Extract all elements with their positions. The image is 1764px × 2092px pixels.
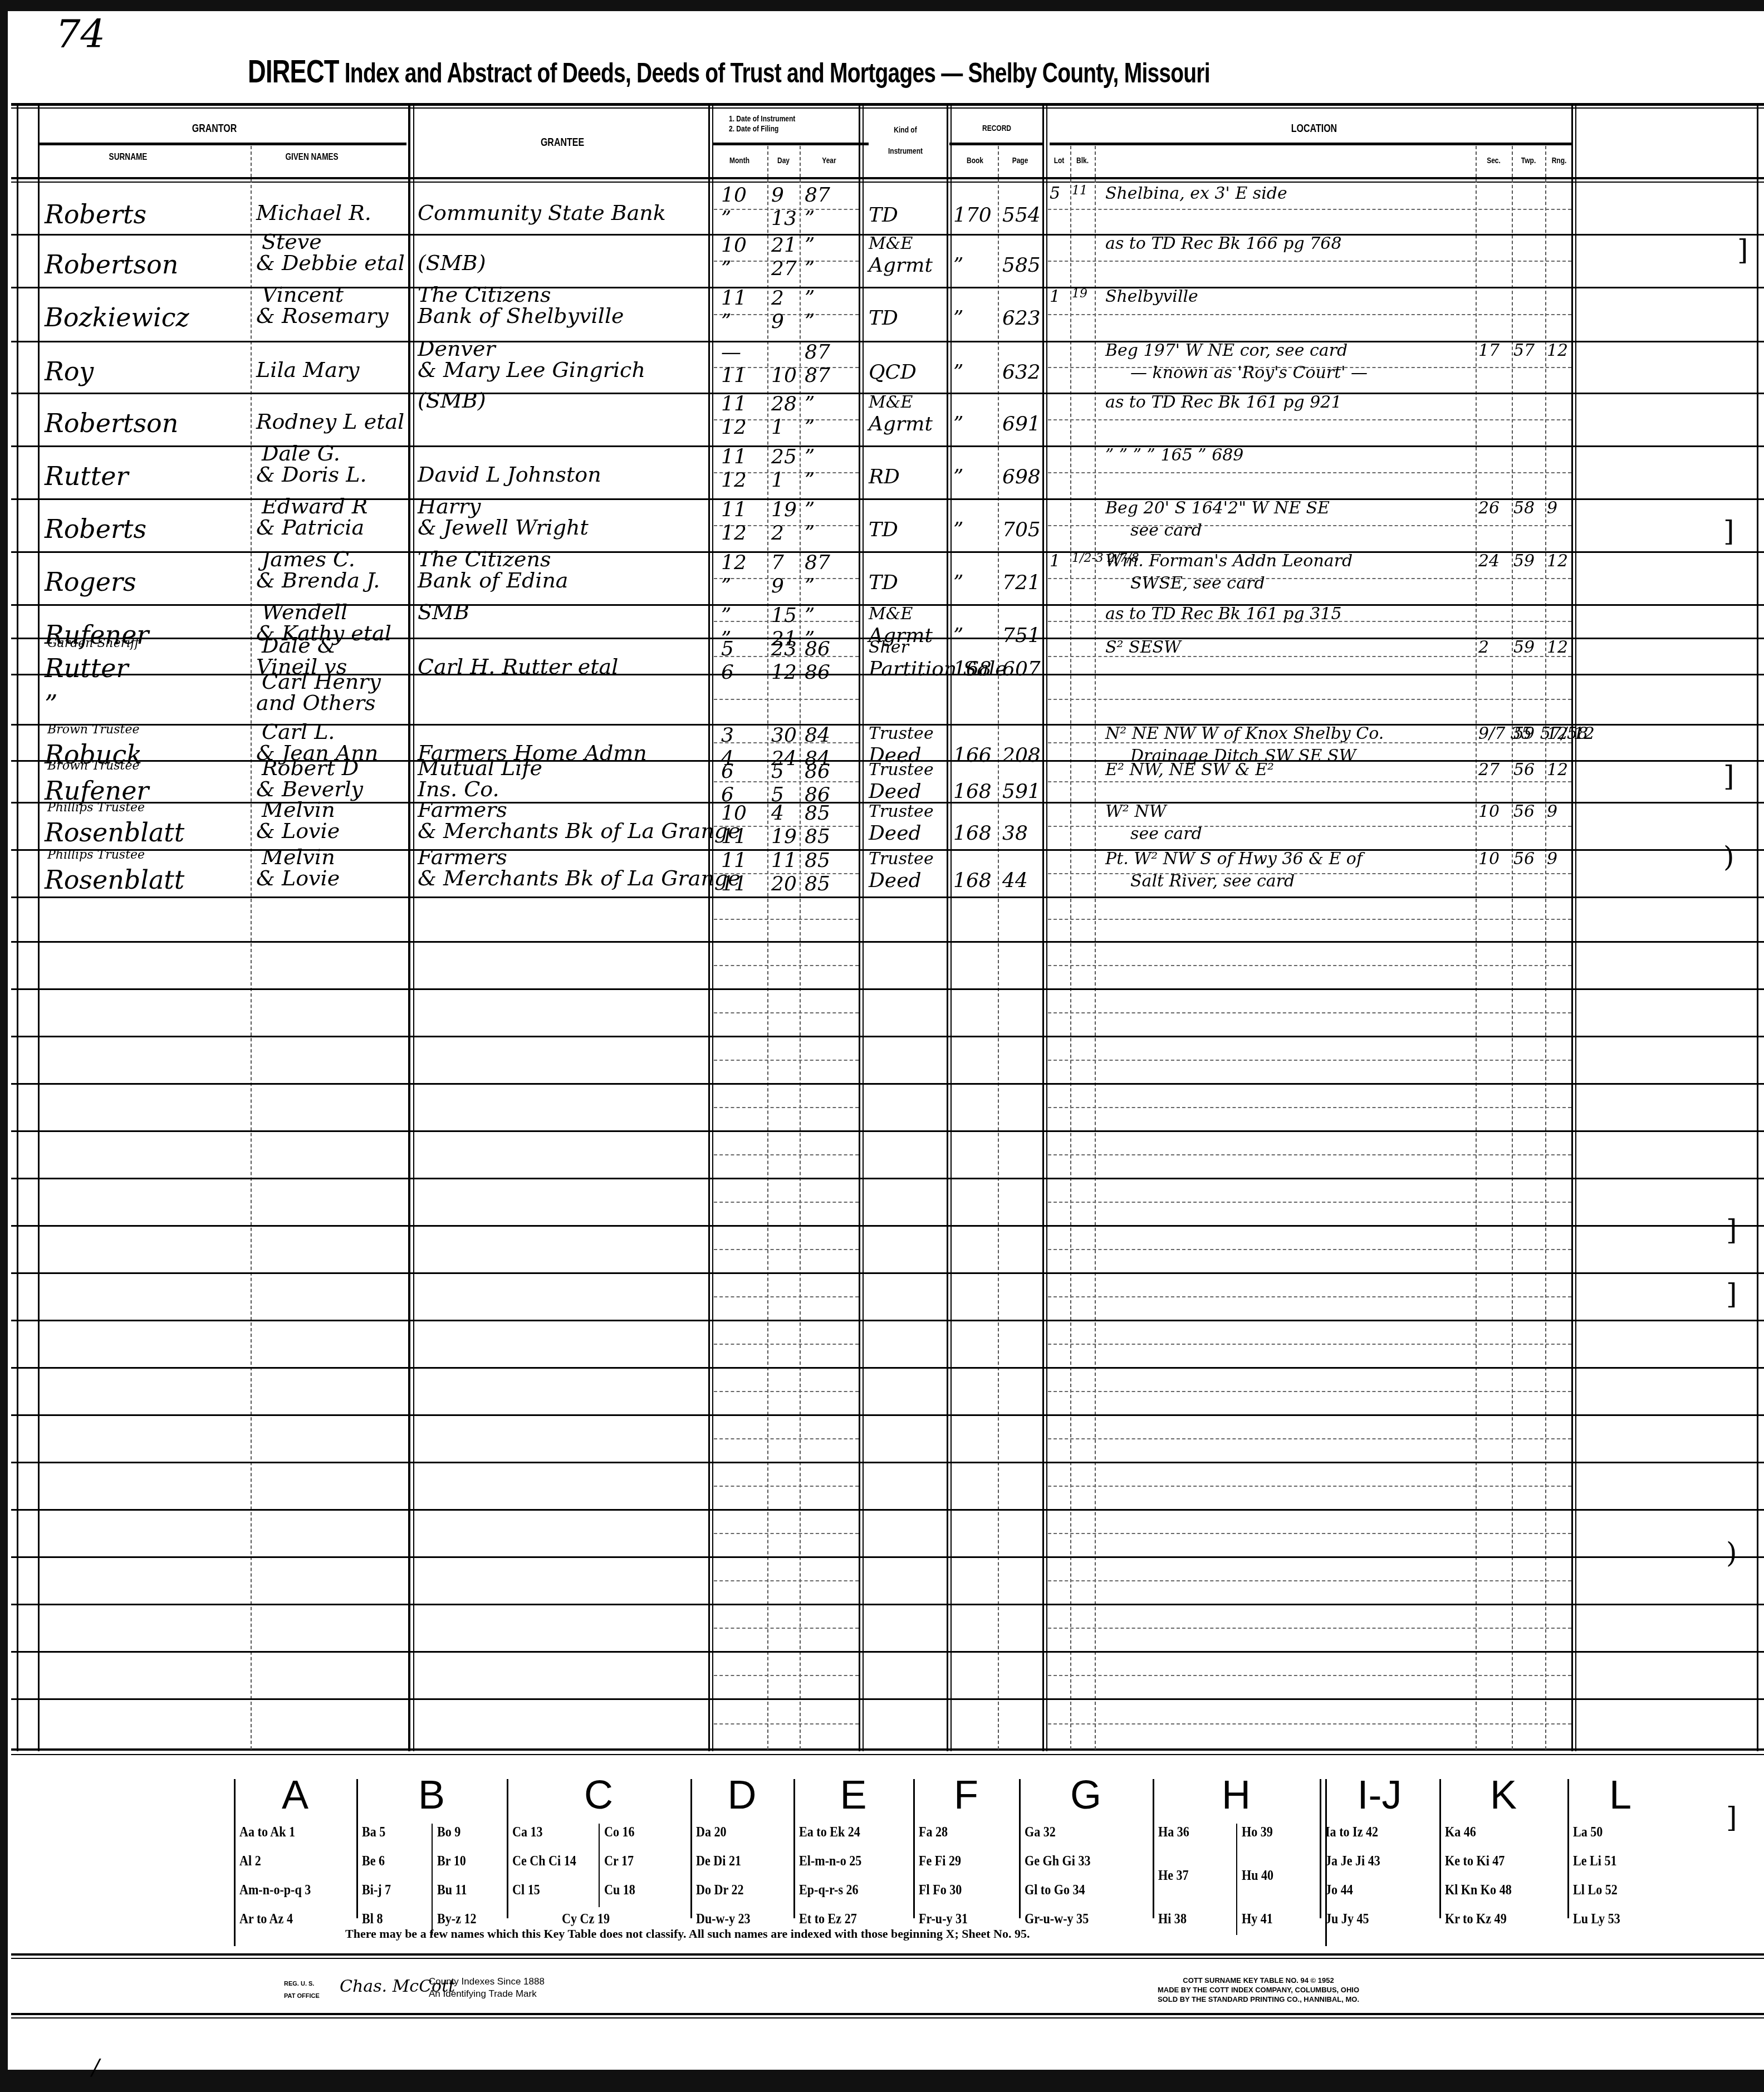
row-rule (11, 1604, 1764, 1605)
instrument-kind: TD (869, 307, 898, 330)
location-rng: 12 (1547, 551, 1568, 571)
key-divider (1567, 1779, 1569, 1918)
row-half-rule-date (714, 919, 859, 920)
key-entry: Hi 38 (1158, 1910, 1187, 1927)
filing-month: ” (721, 310, 731, 333)
record-book: 168 (953, 780, 992, 803)
instrument-month: 11 (721, 287, 747, 310)
instrument-day: 21 (771, 234, 797, 257)
grantor-surname: Rutter (45, 461, 128, 491)
header-book: Book (957, 156, 993, 166)
instrument-month: 11 (721, 393, 747, 415)
key-entry: Bu 11 (437, 1882, 467, 1898)
row-half-rule-location (1048, 1438, 1571, 1439)
instrument-kind: Deed (869, 780, 922, 803)
table-row[interactable]: Rutter Dale G. & Doris L. David L Johnst… (0, 445, 1764, 496)
key-divider (1320, 1779, 1321, 1918)
filing-month: 12 (721, 469, 747, 492)
grantor-given-names: Michael R. (256, 200, 371, 225)
location-rng: 9 (1547, 498, 1557, 518)
key-entry: Kl Kn Ko 48 (1445, 1882, 1512, 1898)
key-entry: Aa to Ak 1 (239, 1824, 295, 1840)
location-rng: 12 (1547, 341, 1568, 360)
row-half-rule-date (714, 1580, 859, 1581)
key-divider (793, 1779, 795, 1918)
location-description: Wm. Forman's Addn Leonard (1105, 551, 1353, 571)
instrument-month: — (721, 341, 741, 364)
grantee-name: & Mary Lee Gingrich (418, 357, 645, 382)
location-rng: 12 12 (1547, 724, 1595, 743)
key-entry: Ea to Ek 24 (799, 1824, 860, 1840)
key-entry: Bo 9 (437, 1824, 460, 1840)
scan-top-edge (0, 0, 1764, 11)
table-row[interactable]: Robertson Rodney L etal (SMB) 11 28 ” 12… (0, 393, 1764, 443)
instrument-kind: Deed (869, 869, 922, 892)
key-letter: D (690, 1772, 793, 1818)
row-half-rule-location (1048, 1154, 1571, 1155)
header-grantor: GRANTOR (177, 123, 252, 135)
location-sec: 10 (1478, 802, 1500, 821)
key-entry: Gl to Go 34 (1025, 1882, 1085, 1898)
key-letter: B (356, 1772, 507, 1818)
key-letter: I-J (1320, 1772, 1439, 1818)
footer-tagline2: An Identifying Trade Mark (429, 1988, 545, 2000)
location-twp: 59 (1513, 638, 1535, 657)
location-description-2: Salt River, see card (1130, 871, 1295, 891)
row-rule (11, 1225, 1764, 1227)
grantee-name: Bank of Edina (418, 568, 569, 592)
instrument-month: 10 (721, 802, 747, 825)
header-sec: Sec. (1479, 156, 1508, 166)
table-row[interactable]: Bozkiewicz Vincent & Rosemary The Citize… (0, 287, 1764, 337)
instrument-day: 7 (771, 551, 784, 574)
row-rule (11, 1414, 1764, 1416)
filing-day: 1 (771, 416, 784, 439)
location-twp: 56 (1513, 760, 1535, 780)
instrument-day: 30 (771, 724, 797, 747)
grantor-given-names: & Lovie (256, 819, 340, 843)
record-page: 698 (1002, 466, 1041, 488)
instrument-kind: Deed (869, 822, 922, 845)
instrument-kind-top: Trustee (869, 724, 934, 743)
key-divider (1439, 1779, 1441, 1918)
filing-year: ” (805, 575, 815, 597)
row-half-rule-date (714, 1060, 859, 1061)
row-rule (11, 1320, 1764, 1321)
instrument-kind-top: M&E (869, 393, 913, 412)
row-half-rule-date (714, 1533, 859, 1534)
row-rule (11, 1462, 1764, 1463)
filing-month: ” (721, 257, 731, 280)
key-entry: Am-n-o-p-q 3 (239, 1882, 311, 1898)
location-description: W² NW (1105, 802, 1166, 821)
grantor-surname: Robertson (45, 408, 178, 438)
footer-publisher-line1: COTT SURNAME KEY TABLE NO. 94 © 1952 (1036, 1976, 1481, 1985)
location-description: S² SESW (1105, 638, 1181, 657)
record-book: ” (953, 413, 963, 435)
instrument-year: 85 (805, 802, 830, 825)
instrument-month: 3 (721, 724, 734, 747)
rule-top (11, 103, 1764, 106)
table-row[interactable]: Roberts Michael R. Community State Bank … (0, 184, 1764, 234)
key-entry: Fr-u-y 31 (919, 1910, 968, 1927)
key-entry: De Di 21 (696, 1853, 741, 1869)
key-column-l: LLa 50Le Li 51Ll Lo 52Lu Ly 53 (1567, 1768, 1673, 1924)
instrument-kind-top: Trustee (869, 849, 934, 869)
grantee-top: SMB (418, 600, 469, 624)
corner-mark: / (92, 2055, 99, 2080)
record-book: ” (953, 307, 963, 330)
row-half-rule-date (714, 1486, 859, 1487)
header-lot: Lot (1050, 156, 1068, 166)
location-description: N² NE NW W of Knox Shelby Co. (1105, 724, 1384, 743)
header-blk: Blk. (1072, 156, 1092, 166)
location-twp: 59 (1513, 551, 1535, 571)
key-entry: Ia to Iz 42 (1325, 1824, 1378, 1840)
footer-reg-line1: REG. U. S. (284, 1978, 320, 1990)
instrument-day: 2 (771, 287, 784, 310)
table-row[interactable]: Rogers James C. & Brenda J. The Citizens… (0, 551, 1764, 601)
instrument-month: 11 (721, 849, 747, 872)
key-column-i-j: I-JIa to Iz 42Ja Je Ji 43Jo 44Ju Jy 45 (1320, 1768, 1439, 1924)
grantor-surname: Robertson (45, 249, 178, 280)
row-rule (11, 1698, 1764, 1700)
instrument-year: 87 (805, 551, 830, 574)
grantor-surname-note: Brown Trustee (47, 759, 139, 773)
row-half-rule-date (714, 1202, 859, 1203)
footer-tagline1: County Indexes Since 1888 (429, 1976, 545, 1988)
key-entry: Fa 28 (919, 1824, 948, 1840)
header-month: Month (717, 156, 762, 166)
header-date-line1: 1. Date of Instrument (729, 114, 814, 124)
footer-reg-line2: PAT OFFICE (284, 1990, 320, 2002)
row-half-rule-date (714, 1438, 859, 1439)
key-entry: Ca 13 (512, 1824, 543, 1840)
location-lot: 1 (1050, 551, 1060, 571)
row-half-rule-date (714, 1296, 859, 1297)
location-description-2: — known as 'Roy's Court' — (1130, 363, 1368, 383)
header-rng: Rng. (1548, 156, 1570, 166)
row-rule (11, 1556, 1764, 1558)
location-sec: 2 (1478, 638, 1489, 657)
grantor-given-names: and Others (256, 690, 376, 715)
row-half-rule-location (1048, 965, 1571, 966)
rule-record-sub (949, 143, 1044, 145)
rule-top-2 (11, 107, 1764, 109)
table-row[interactable]: Robertson Steve & Debbie etal (SMB) 10 2… (0, 234, 1764, 284)
header-location: LOCATION (1270, 123, 1359, 135)
row-half-rule-location (1048, 1675, 1571, 1676)
location-description-2: see card (1130, 521, 1202, 540)
row-half-rule-location (1048, 1344, 1571, 1345)
key-letter: L (1567, 1772, 1673, 1818)
location-description: Pt. W² NW S of Hwy 36 & E of (1105, 849, 1363, 869)
record-page: 591 (1002, 780, 1041, 803)
grantee-top: (SMB) (418, 388, 486, 413)
key-entry: Bl 8 (362, 1910, 383, 1927)
filing-month: ” (721, 575, 731, 597)
header-twp: Twp. (1515, 156, 1542, 166)
instrument-day: 25 (771, 445, 797, 468)
location-blk: 11 (1072, 184, 1087, 198)
record-book: 170 (953, 204, 992, 227)
header-surname: SURNAME (92, 151, 164, 163)
grantor-given-names: & Doris L. (256, 462, 366, 487)
grantor-given-names: Rodney L etal (256, 409, 404, 434)
header-record: RECORD (961, 124, 1032, 134)
record-book: ” (953, 518, 963, 541)
instrument-day: 4 (771, 802, 784, 825)
record-book: ” (953, 254, 963, 277)
key-letter: C (507, 1772, 690, 1818)
margin-bracket-mark: ] (1726, 1801, 1737, 1834)
scan-bottom-edge (0, 2070, 1764, 2092)
margin-bracket-mark: ] (1726, 1278, 1737, 1310)
location-rng: 9 (1547, 849, 1557, 869)
key-entry: Ja Je Ji 43 (1325, 1853, 1380, 1869)
record-book: ” (953, 571, 963, 594)
row-rule (11, 1367, 1764, 1369)
header-grantee: GRANTEE (527, 136, 598, 149)
grantor-surname-note: Phillips Trustee (47, 848, 145, 862)
location-rng: 12 (1547, 638, 1568, 657)
footer-tagline: County Indexes Since 1888 An Identifying… (429, 1976, 545, 2000)
grantee-name: Bank of Shelbyville (418, 303, 624, 328)
key-entry: Bi-j 7 (362, 1882, 391, 1898)
grantee-name: David L Johnston (418, 462, 601, 487)
filing-year: ” (805, 522, 815, 545)
filing-year: 85 (805, 825, 830, 848)
row-rule (11, 1651, 1764, 1653)
key-entry: Da 20 (696, 1824, 727, 1840)
key-entry: La 50 (1573, 1824, 1603, 1840)
location-twp: 58 (1513, 498, 1535, 518)
margin-bracket-mark: ] (1723, 515, 1734, 547)
row-half-rule-date (714, 1107, 859, 1108)
instrument-day: 19 (771, 498, 797, 521)
rule-header-bottom-2 (11, 182, 1764, 183)
grantee-name: & Jewell Wright (418, 515, 589, 540)
instrument-day: 9 (771, 184, 784, 207)
filing-year: ” (805, 257, 815, 280)
header-day: Day (771, 156, 796, 166)
key-entry: Cr 17 (604, 1853, 634, 1869)
location-description-2: SWSE, see card (1130, 574, 1265, 593)
location-description: as to TD Rec Bk 161 pg 921 (1105, 393, 1342, 412)
location-rng: 9 (1547, 802, 1557, 821)
key-column-f: FFa 28Fe Fi 29Fl Fo 30Fr-u-y 31 (913, 1768, 1019, 1924)
location-sec: 26 (1478, 498, 1500, 518)
filing-year: 85 (805, 873, 830, 895)
grantor-given-names: & Rosemary (256, 303, 389, 328)
key-column-h: HHa 36He 37Hi 38Ho 39Hu 40Hy 41 (1153, 1768, 1320, 1924)
key-divider (913, 1779, 915, 1918)
key-entry: He 37 (1158, 1867, 1189, 1884)
key-entry: Br 10 (437, 1853, 466, 1869)
location-sec: 10 (1478, 849, 1500, 869)
rule-bottom (11, 1748, 1764, 1751)
instrument-kind-top: Sher (869, 638, 909, 657)
title-bold: DIRECT (248, 53, 339, 90)
key-entry: Ka 46 (1445, 1824, 1476, 1840)
instrument-kind: TD (869, 571, 898, 594)
grantor-given-names: & Lovie (256, 866, 340, 890)
rule-grantor-sub (39, 143, 406, 145)
row-half-rule-location (1048, 1296, 1571, 1297)
location-sec: 17 (1478, 341, 1500, 360)
grantee-name: Community State Bank (418, 200, 666, 225)
key-letter: G (1019, 1772, 1153, 1818)
key-entry: Cy Cz 19 (562, 1910, 610, 1927)
instrument-month: 12 (721, 551, 747, 574)
row-rule (11, 941, 1764, 943)
instrument-kind-top: Trustee (869, 760, 934, 780)
row-half-rule-location (1048, 1107, 1571, 1108)
location-description: Beg 20' S 164'2" W NE SE (1105, 498, 1330, 518)
key-entry: Et to Ez 27 (799, 1910, 857, 1927)
key-letter: K (1439, 1772, 1567, 1818)
key-entry: Do Dr 22 (696, 1882, 744, 1898)
location-blk: 19 (1072, 287, 1087, 301)
table-row[interactable]: Phillips Trustee Rosenblatt Melvin & Lov… (0, 849, 1764, 899)
instrument-year: 87 (805, 184, 830, 207)
margin-bracket-mark: ] (1726, 1214, 1737, 1246)
row-half-rule-date (714, 1628, 859, 1629)
key-entry: Co 16 (604, 1824, 635, 1840)
key-subdivider (432, 1824, 433, 1935)
key-entry: Kr to Kz 49 (1445, 1910, 1507, 1927)
key-entry: Ar to Az 4 (239, 1910, 293, 1927)
instrument-year: ” (805, 234, 815, 257)
grantor-surname-note: Phillips Trustee (47, 801, 145, 815)
key-column-e: EEa to Ek 24El-m-n-o 25Ep-q-r-s 26Et to … (793, 1768, 913, 1924)
instrument-kind: QCD (869, 361, 917, 384)
key-subdivider (1236, 1824, 1237, 1935)
key-entry: Cl 15 (512, 1882, 540, 1898)
grantor-given-names: Lila Mary (256, 357, 359, 382)
key-entry: Ep-q-r-s 26 (799, 1882, 859, 1898)
key-column-g: GGa 32Ge Gh Gi 33Gl to Go 34Gr-u-w-y 35 (1019, 1768, 1153, 1924)
key-entry: Ba 5 (362, 1824, 385, 1840)
row-rule (11, 1509, 1764, 1511)
rule-location-sub (1050, 143, 1573, 145)
location-twp: 56 (1513, 849, 1535, 869)
row-rule (11, 1178, 1764, 1179)
footer-reg: REG. U. S. PAT OFFICE (284, 1978, 320, 2002)
record-page: 554 (1002, 204, 1041, 227)
header-kind: Kind of Instrument (873, 125, 938, 156)
table-row[interactable]: ” Carl Henry and Others (0, 674, 1764, 724)
table-row[interactable]: Roberts Edward R & Patricia Harry & Jewe… (0, 498, 1764, 548)
row-half-rule-location (1048, 1391, 1571, 1392)
key-entry: Cu 18 (604, 1882, 635, 1898)
filing-year: ” (805, 207, 815, 230)
key-entry: By-z 12 (437, 1910, 477, 1927)
filing-month: 11 (721, 825, 747, 848)
filing-month: 11 (721, 364, 747, 387)
key-letter: F (913, 1772, 1019, 1818)
key-entry: Du-w-y 23 (696, 1910, 751, 1927)
instrument-year: ” (805, 393, 815, 415)
location-sec: 27 (1478, 760, 1500, 780)
key-entry: Ju Jy 45 (1325, 1910, 1369, 1927)
record-page: 721 (1002, 571, 1041, 594)
instrument-month: 5 (721, 638, 734, 660)
row-rule (11, 1272, 1764, 1274)
instrument-year: ” (805, 498, 815, 521)
filing-year: ” (805, 469, 815, 492)
filing-year: ” (805, 310, 815, 333)
rule-header-bottom (11, 177, 1764, 179)
filing-month: 12 (721, 416, 747, 439)
key-entry: Ke to Ki 47 (1445, 1853, 1505, 1869)
filing-day: 9 (771, 310, 784, 333)
header-page: Page (1002, 156, 1038, 166)
instrument-kind: Agrmt (869, 413, 933, 435)
grantor-surname-note: Brown Trustee (47, 723, 139, 737)
row-half-rule-location (1048, 1723, 1571, 1724)
filing-year: ” (805, 416, 815, 439)
instrument-day: 15 (771, 604, 797, 627)
row-half-rule-location (1048, 1628, 1571, 1629)
filing-day: 19 (771, 825, 797, 848)
record-book: ” (953, 466, 963, 488)
surname-key-table: AAa to Ak 1Al 2Am-n-o-p-q 3Ar to Az 4BBa… (234, 1768, 1347, 1946)
grantor-surname-note: Garden Sheriff (47, 636, 139, 650)
key-letter: E (793, 1772, 913, 1818)
key-entry: Ge Gh Gi 33 (1025, 1853, 1090, 1869)
key-divider (356, 1779, 358, 1918)
instrument-month: 11 (721, 498, 747, 521)
table-row[interactable]: Roy Lila Mary Denver & Mary Lee Gingrich… (0, 341, 1764, 391)
filing-day: 10 (771, 364, 797, 387)
key-column-b: BBa 5Be 6Bi-j 7Bl 8Bo 9Br 10Bu 11By-z 12 (356, 1768, 507, 1924)
location-description: as to TD Rec Bk 166 pg 768 (1105, 234, 1342, 253)
margin-bracket-mark: ] (1737, 234, 1748, 266)
key-column-d: DDa 20De Di 21Do Dr 22Du-w-y 23 (690, 1768, 793, 1924)
key-entry: Hu 40 (1242, 1867, 1273, 1884)
filing-year: 87 (805, 364, 830, 387)
instrument-year: ” (805, 604, 815, 627)
grantor-surname: Roberts (45, 514, 146, 544)
location-lot: 1 (1050, 287, 1060, 306)
filing-day: 13 (771, 207, 797, 230)
instrument-day: 28 (771, 393, 797, 415)
instrument-kind-top: M&E (869, 234, 913, 253)
key-entry: Ce Ch Ci 14 (512, 1853, 576, 1869)
key-note: There may be a few names which this Key … (345, 1927, 1030, 1941)
footer-publisher-line3: SOLD BY THE STANDARD PRINTING CO., HANNI… (1036, 1995, 1481, 2004)
instrument-kind: TD (869, 204, 898, 227)
instrument-year: 86 (805, 760, 830, 783)
filing-month: 11 (721, 873, 747, 895)
filing-day: 9 (771, 575, 784, 597)
rule-footer-top (11, 1953, 1764, 1956)
row-half-rule-date (714, 1012, 859, 1013)
filing-day: 27 (771, 257, 797, 280)
location-sec: 24 (1478, 551, 1500, 571)
row-half-rule-date (714, 1391, 859, 1392)
location-description: ” ” ” ” 165 ” 689 (1105, 445, 1243, 465)
record-page: 585 (1002, 254, 1041, 277)
filing-day: 1 (771, 469, 784, 492)
key-divider (690, 1779, 692, 1918)
row-rule (11, 1130, 1764, 1132)
grantor-surname: Rogers (45, 567, 136, 597)
header-date: 1. Date of Instrument 2. Date of Filing (729, 114, 814, 134)
rule-footer-top-2 (11, 1958, 1764, 1959)
location-description: Beg 197' W NE cor, see card (1105, 341, 1347, 360)
